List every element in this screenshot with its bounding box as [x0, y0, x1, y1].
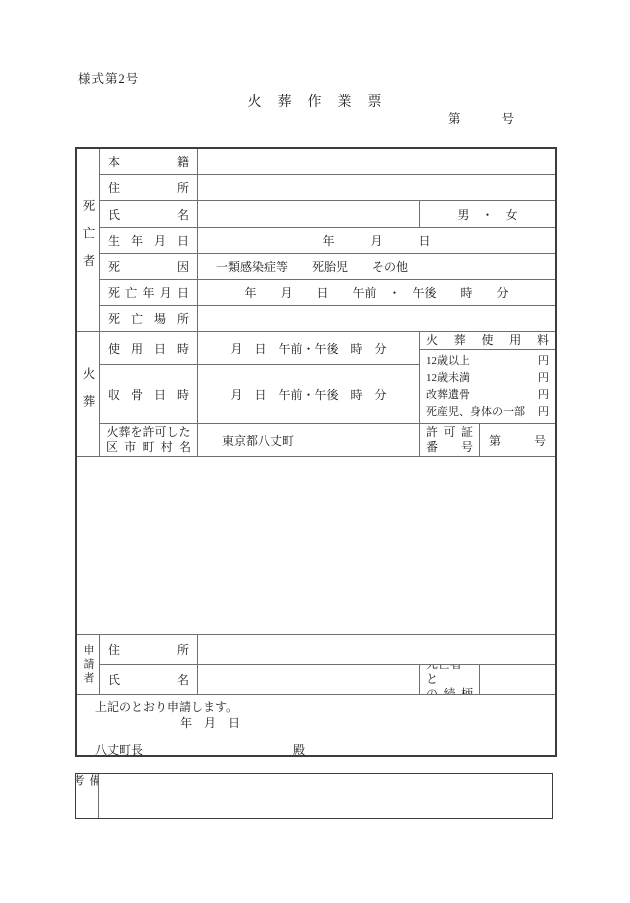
section-cremation-label: 火葬 [79, 367, 97, 422]
applicant-address-label-text: 住所 [108, 641, 189, 658]
fee-header-text: 火葬使用料 [426, 332, 549, 348]
applicant-name-label-text: 氏名 [108, 671, 189, 688]
row-address-label: 住所 [100, 175, 198, 201]
address-label-text: 住所 [108, 179, 189, 196]
document-number-line: 第 号 [448, 109, 514, 127]
row-cause-label: 死因 [100, 254, 198, 280]
declaration-text: 上記のとおり申請します。 [77, 700, 555, 715]
fee-item-label: 12歳以上 [426, 354, 470, 368]
addressee-honorific: 殿 [293, 743, 305, 755]
applicant-address-value-field [198, 635, 555, 665]
use-datetime-value-field: 月 日 午前・午後 時 分 [198, 332, 420, 365]
declaration-block: 上記のとおり申請します。 年 月 日 八丈町長 殿 [77, 695, 555, 755]
collect-datetime-value-field: 月 日 午前・午後 時 分 [198, 365, 420, 424]
fee-items-list: 12歳以上 円 12歳未満 円 改葬遺骨 円 死産児、身体の一部 円 [420, 350, 555, 423]
deathplace-label-text: 死亡場所 [108, 310, 189, 327]
addressee-line: 八丈町長 殿 [77, 743, 555, 755]
permit-number-label-line1: 許可証 [426, 425, 473, 440]
cremation-fee-cell: 火葬使用料 12歳以上 円 12歳未満 円 改葬遺骨 円 死産児、身体の一部 円 [420, 332, 555, 424]
remarks-label-text: 備考 [76, 774, 99, 818]
section-cremation: 火葬 [77, 332, 100, 457]
cremation-form-table: 死亡者 本籍 住所 氏名 男 ・ 女 生年月日 年 月 日 死因 一類感染症等 … [75, 147, 557, 757]
section-deceased: 死亡者 [77, 149, 100, 332]
section-deceased-label: 死亡者 [79, 199, 97, 282]
document-number-suffix: 号 [501, 109, 514, 127]
cause-options-cell: 一類感染症等 死胎児 その他 [198, 254, 555, 280]
fee-item-under12: 12歳未満 円 [426, 371, 549, 385]
row-applicant-address-label: 住所 [100, 635, 198, 665]
remarks-box: 備考 [75, 773, 553, 819]
fee-header: 火葬使用料 [420, 332, 555, 350]
fee-item-over12: 12歳以上 円 [426, 354, 549, 368]
form-code: 様式第2号 [78, 69, 139, 87]
row-birthdate-label: 生年月日 [100, 228, 198, 254]
sex-options-cell: 男 ・ 女 [420, 201, 555, 228]
declaration-date-line: 年 月 日 [77, 716, 555, 731]
row-deathplace-label: 死亡場所 [100, 306, 198, 332]
fee-item-unit: 円 [538, 354, 549, 368]
use-datetime-value: 月 日 午前・午後 時 分 [230, 340, 386, 357]
birthdate-value-field: 年 月 日 [198, 228, 555, 254]
permit-number-value-field: 第 号 [480, 424, 555, 457]
section-applicant: 申請者 [77, 635, 100, 695]
collect-datetime-value: 月 日 午前・午後 時 分 [230, 386, 386, 403]
relation-label-line2: の続柄 [426, 687, 473, 695]
remarks-value-field [99, 774, 552, 818]
row-collect-datetime-label: 収骨日時 [100, 365, 198, 424]
name-label-text: 氏名 [108, 206, 189, 223]
relation-label-line1: 死亡者と [426, 665, 473, 687]
name-value-field [198, 201, 420, 228]
relation-label-cell: 死亡者と の続柄 [420, 665, 480, 695]
document-number-prefix: 第 [448, 109, 461, 127]
fee-item-label: 死産児、身体の一部 [426, 405, 525, 419]
fee-item-label: 12歳未満 [426, 371, 470, 385]
fee-item-unit: 円 [538, 388, 549, 402]
permit-city-value: 東京都八丈町 [222, 432, 294, 449]
row-domicile-label: 本籍 [100, 149, 198, 175]
relation-value-field [480, 665, 555, 695]
fee-item-reburial: 改葬遺骨 円 [426, 388, 549, 402]
section-applicant-label: 申請者 [80, 644, 96, 686]
cause-label-text: 死因 [108, 258, 189, 275]
fee-item-unit: 円 [538, 405, 549, 419]
deathdate-value-field: 年 月 日 午前 ・ 午後 時 分 [198, 280, 555, 306]
row-applicant-name-label: 氏名 [100, 665, 198, 695]
row-use-datetime-label: 使用日時 [100, 332, 198, 365]
permit-number-suffix: 号 [534, 432, 546, 449]
remarks-label-cell: 備考 [76, 774, 99, 818]
applicant-name-value-field [198, 665, 420, 695]
permit-number-prefix: 第 [489, 432, 501, 449]
row-deathdate-label: 死亡年月日 [100, 280, 198, 306]
collect-datetime-label-text: 収骨日時 [108, 386, 189, 403]
permit-city-label-line1: 火葬を許可した [106, 425, 190, 440]
deathdate-label-text: 死亡年月日 [108, 284, 189, 301]
blank-notes-area [77, 457, 555, 635]
birthdate-label-text: 生年月日 [108, 232, 189, 249]
use-datetime-label-text: 使用日時 [108, 340, 189, 357]
fee-item-unit: 円 [538, 371, 549, 385]
deathdate-value: 年 月 日 午前 ・ 午後 時 分 [244, 284, 508, 301]
domicile-value-field [198, 149, 555, 175]
deathplace-value-field [198, 306, 555, 332]
row-permit-city-label: 火葬を許可した 区市町村名 [100, 424, 198, 457]
sex-options-text: 男 ・ 女 [457, 206, 517, 223]
permit-number-label-line2: 番号 [426, 440, 473, 455]
fee-item-stillborn: 死産児、身体の一部 円 [426, 405, 549, 419]
permit-city-value-field: 東京都八丈町 [198, 424, 420, 457]
permit-number-label-cell: 許可証 番号 [420, 424, 480, 457]
permit-city-label-line2: 区市町村名 [106, 440, 191, 455]
cause-options-text: 一類感染症等 死胎児 その他 [216, 258, 408, 275]
addressee-name: 八丈町長 [95, 743, 143, 755]
domicile-label-text: 本籍 [108, 153, 189, 170]
fee-item-label: 改葬遺骨 [426, 388, 470, 402]
row-name-label: 氏名 [100, 201, 198, 228]
page-title: 火 葬 作 業 票 [0, 91, 630, 111]
address-value-field [198, 175, 555, 201]
birthdate-value: 年 月 日 [322, 232, 430, 249]
